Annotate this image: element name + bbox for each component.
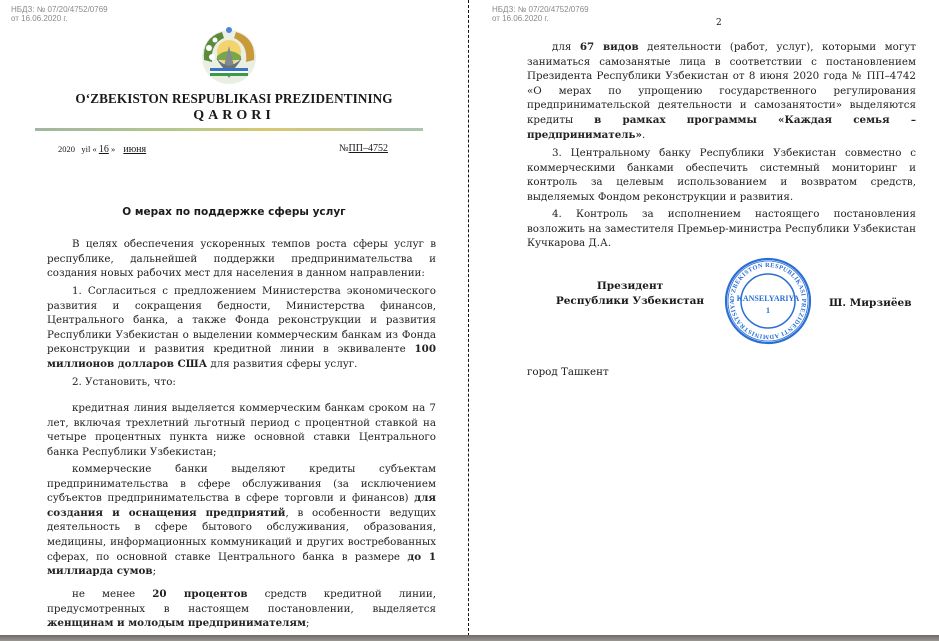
seal-center-number: 1: [766, 306, 770, 315]
cont-bold1: 67 видов: [580, 41, 639, 53]
item-1-tail: для развития сферы услуг.: [207, 358, 357, 370]
date-day: 16: [99, 144, 109, 155]
document-page-1: НБДЗ: № 07/20/4752/0769 от 16.06.2020 г.…: [0, 0, 468, 636]
signatory-title-line1: Президент: [555, 279, 705, 294]
page-divider: [468, 0, 469, 636]
decree-header: O‘ZBEKISTON RESPUBLIKASI PREZIDENTINING: [0, 91, 468, 107]
registry-number: НБДЗ: № 07/20/4752/0769: [492, 5, 589, 14]
date-year: 2020: [58, 144, 75, 154]
viewer-bottom-edge: [0, 635, 939, 641]
decree-number-prefix: №: [339, 143, 349, 154]
item-2c-bold2: женщинам и молодым предпринимателям: [47, 617, 306, 629]
item-1-text: 1. Согласиться с предложением Министерст…: [47, 285, 436, 355]
decree-title: О мерах по поддержке сферы услуг: [0, 206, 468, 218]
decree-number-value: ПП–4752: [349, 143, 388, 154]
signatory-name: Ш. Мирзиёев: [829, 297, 912, 309]
city-of-signing: город Ташкент: [527, 366, 609, 378]
item-2-paragraph: 2. Установить, что:: [47, 375, 436, 390]
seal-center-text: KANSELYARIYA: [737, 294, 800, 303]
cont-pre: для: [552, 41, 580, 53]
continuation-paragraph: для 67 видов деятельности (работ, услуг)…: [527, 40, 916, 142]
decree-number: №ПП–4752: [339, 143, 388, 154]
signatory-title-line2: Республики Узбекистан: [555, 294, 705, 309]
signatory-title: Президент Республики Узбекистан: [555, 279, 705, 309]
item-1-paragraph: 1. Согласиться с предложением Министерст…: [47, 284, 436, 372]
registry-date: от 16.06.2020 г.: [11, 14, 108, 23]
registry-stamp-page-2: НБДЗ: № 07/20/4752/0769 от 16.06.2020 г.: [492, 5, 589, 23]
item-2a-paragraph: кредитная линия выделяется коммерческим …: [47, 401, 436, 459]
item-4-paragraph: 4. Контроль за исполнением настоящего по…: [527, 207, 916, 251]
official-seal-icon: O‘ZBEKISTON RESPUBLIKASI PREZIDENTI ADMI…: [724, 257, 812, 345]
date-yil: yil «: [81, 144, 96, 154]
item-2b-text: коммерческие банки выделяют кредиты субъ…: [47, 463, 436, 504]
registry-date: от 16.06.2020 г.: [492, 14, 589, 23]
item-2b-tail: ;: [153, 565, 156, 577]
date-close: »: [111, 144, 115, 154]
registry-number: НБДЗ: № 07/20/4752/0769: [11, 5, 108, 14]
item-2c-paragraph: не менее 20 процентов средств кредитной …: [47, 587, 436, 631]
decree-header-qarori: QARORI: [0, 108, 468, 124]
header-rule: [35, 128, 423, 131]
preamble-paragraph: В целях обеспечения ускоренных темпов ро…: [47, 237, 436, 281]
cont-tail: .: [642, 129, 645, 141]
item-3-paragraph: 3. Центральному банку Республики Узбекис…: [527, 146, 916, 204]
state-emblem-icon: [196, 24, 262, 86]
item-2c-pre: не менее: [72, 588, 152, 600]
page-number: 2: [716, 18, 722, 28]
registry-stamp: НБДЗ: № 07/20/4752/0769 от 16.06.2020 г.: [11, 5, 108, 23]
item-2c-tail: ;: [306, 617, 309, 629]
item-2c-bold1: 20 процентов: [152, 588, 247, 600]
date-month: июня: [117, 144, 152, 155]
item-2b-paragraph: коммерческие банки выделяют кредиты субъ…: [47, 462, 436, 579]
decree-date: 2020 yil « 16 » июня: [58, 144, 152, 155]
